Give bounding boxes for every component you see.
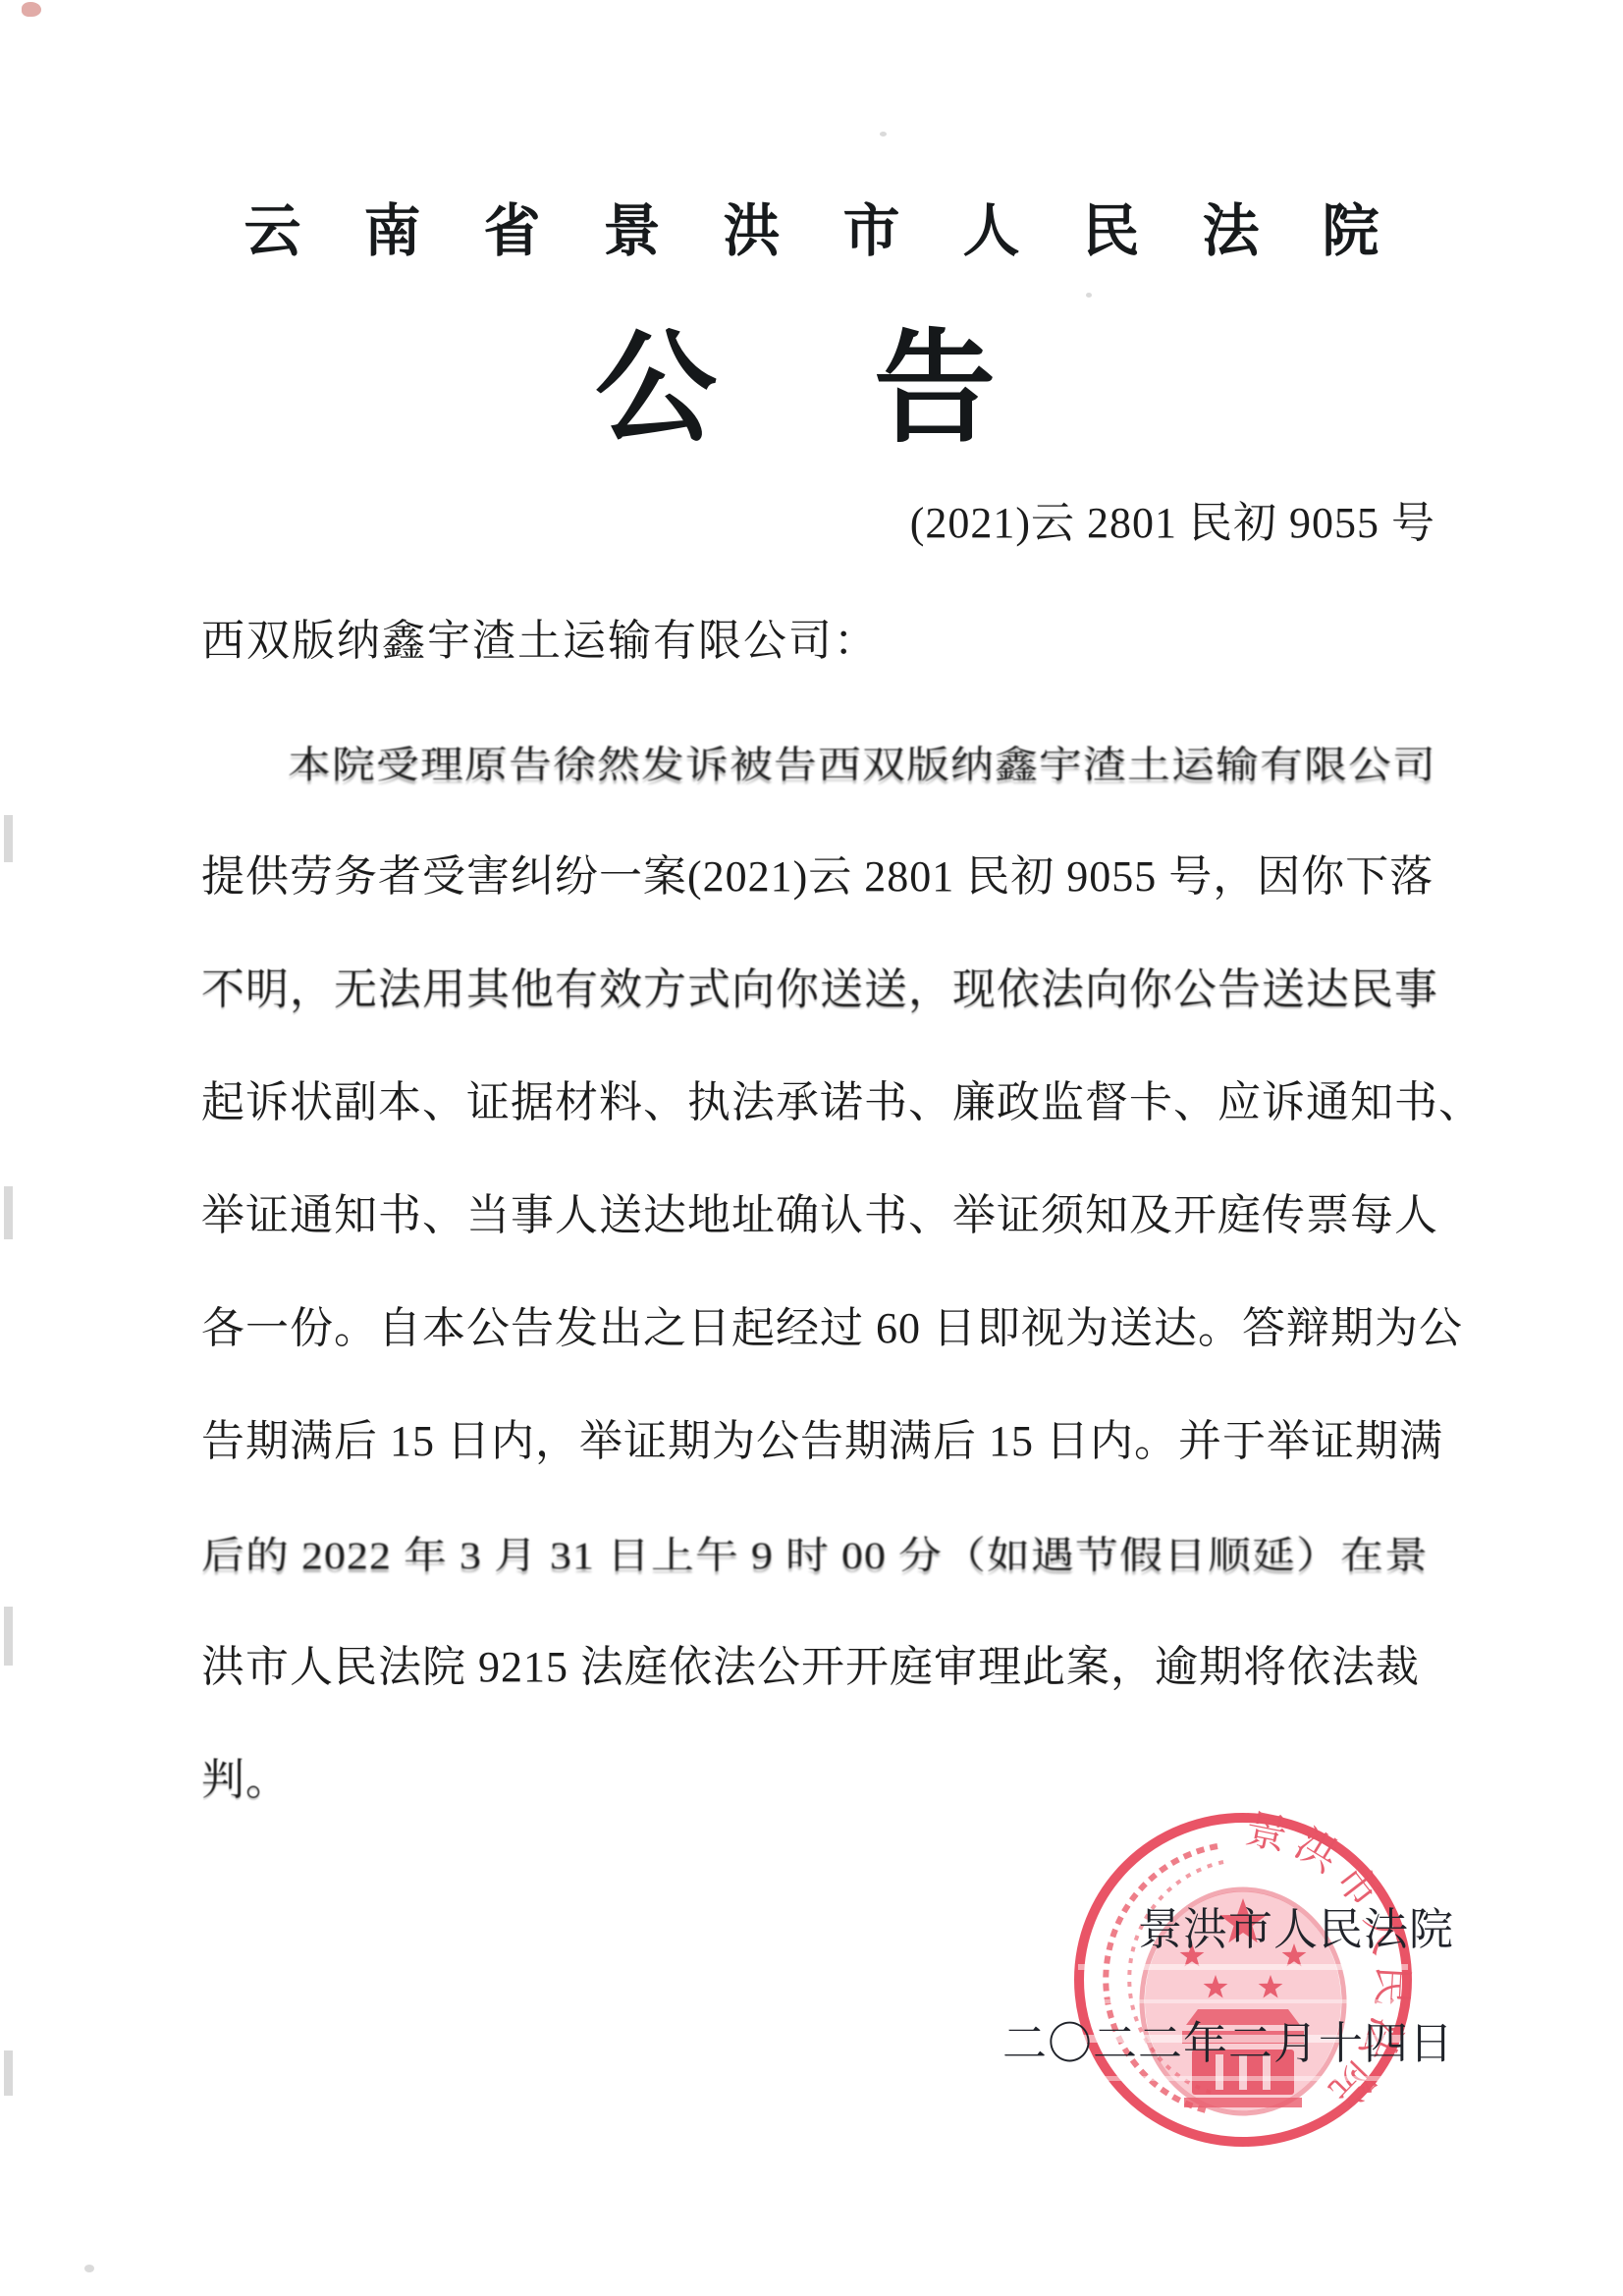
body-line: 后的 2022 年 3 月 31 日上午 9 时 00 分（如遇节假日顺延）在景 xyxy=(201,1507,1478,1607)
body-line: 不明，无法用其他有效方式向你送送，现依法向你公告送达民事 xyxy=(201,935,1478,1048)
addressee-line: 西双版纳鑫宇渣土运输有限公司： xyxy=(201,605,879,668)
emblem-gate-base xyxy=(1184,2098,1302,2107)
document-title: 公告 xyxy=(0,291,1591,465)
body-line: 提供劳务者受害纠纷一案(2021)云 2801 民初 9055 号，因你下落 xyxy=(201,822,1478,935)
scan-artifact xyxy=(4,1607,13,1666)
scan-dust xyxy=(880,132,887,137)
scan-artifact xyxy=(4,1186,13,1239)
body-line: 告期满后 15 日内，举证期为公告期满后 15 日内。并于举证期满 xyxy=(201,1387,1478,1500)
announcement-body: 本院受理原告徐然发诉被告西双版纳鑫宇渣土运输有限公司 提供劳务者受害纠纷一案(2… xyxy=(201,709,1478,1838)
body-line: 本院受理原告徐然发诉被告西双版纳鑫宇渣土运输有限公司 xyxy=(201,717,1478,816)
body-line: 洪市人民法院 9215 法庭依法公开开庭审理此案，逾期将依法裁 xyxy=(201,1613,1478,1725)
scan-dust xyxy=(1086,293,1092,298)
court-title: 云南省景洪市人民法院 xyxy=(0,185,1623,267)
scan-dust xyxy=(84,2265,94,2272)
case-number: (2021)云 2801 民初 9055 号 xyxy=(910,487,1435,550)
court-signature: 景洪市人民法院 xyxy=(1138,1893,1454,1957)
scan-artifact xyxy=(4,2050,13,2096)
scan-artifact xyxy=(4,815,13,862)
body-line: 起诉状副本、证据材料、执法承诺书、廉政监督卡、应诉通知书、 xyxy=(201,1048,1478,1161)
body-line: 举证通知书、当事人送达地址确认书、举证须知及开庭传票每人 xyxy=(201,1161,1478,1274)
body-line: 各一份。自本公告发出之日起经过 60 日即视为送达。答辩期为公 xyxy=(201,1274,1478,1387)
official-seal: 景洪市人民法院 xyxy=(1068,1807,1418,2153)
announcement-date: 二〇二二年二月十四日 xyxy=(1002,2007,1454,2071)
scan-artifact-red-speck xyxy=(22,2,41,17)
scanned-court-announcement: 云南省景洪市人民法院 公告 (2021)云 2801 民初 9055 号 西双版… xyxy=(0,0,1623,2296)
